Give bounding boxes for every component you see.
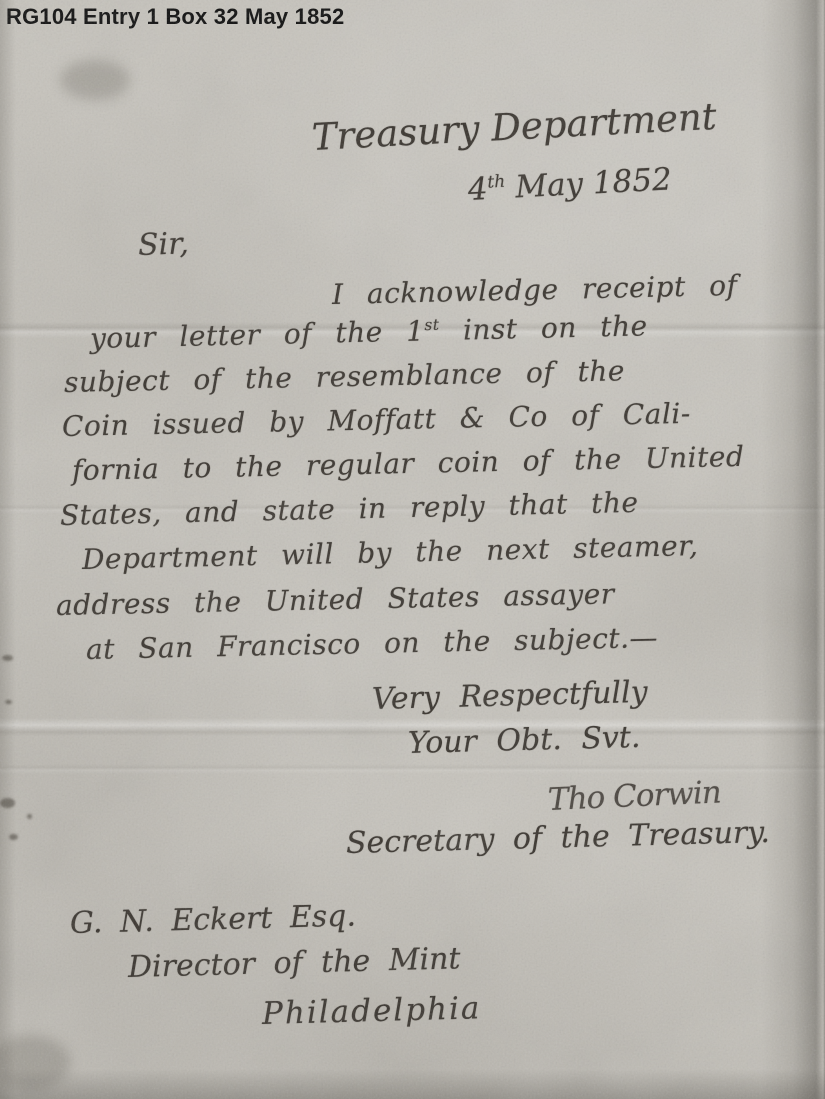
page-edge-shadow-bottom — [0, 1069, 825, 1099]
body-line: your letter of the 1st inst on the — [90, 309, 648, 355]
sign-off: Your Obt. Svt. — [408, 720, 641, 761]
stain — [5, 700, 12, 704]
body-line: Department will by the next steamer, — [82, 529, 699, 576]
stain — [60, 60, 130, 100]
body-text: I acknowledge receipt of — [332, 269, 738, 311]
body-text: subject of the resemblance of the — [64, 354, 626, 399]
stain — [0, 1035, 70, 1090]
body-line: at San Francisco on the subject.— — [86, 621, 659, 666]
valediction: Very Respectfully — [372, 675, 648, 717]
body-text: at San Francisco on the subject.— — [86, 621, 659, 666]
stain — [9, 834, 18, 840]
recipient-city: Philadelphia — [262, 990, 482, 1032]
date-month-year: May 1852 — [505, 161, 673, 206]
body-line: States, and state in reply that the — [60, 486, 639, 532]
body-sup: st — [424, 316, 439, 334]
letter-office-heading: Treasury Department — [311, 95, 718, 159]
page-edge-shadow-right — [761, 0, 825, 1099]
recipient-name: G. N. Eckert Esq. — [70, 899, 357, 941]
stain — [27, 814, 32, 819]
archival-label: RG104 Entry 1 Box 32 May 1852 — [6, 4, 344, 30]
body-line: I acknowledge receipt of — [332, 269, 738, 311]
stain — [0, 798, 15, 808]
signer-title: Secretary of the Treasury. — [346, 815, 771, 861]
stain — [2, 655, 13, 661]
body-text: Coin issued by Moffatt & Co of Cali- — [62, 397, 691, 443]
body-text: States, and state in reply that the — [60, 486, 639, 532]
body-line: Coin issued by Moffatt & Co of Cali- — [62, 397, 691, 443]
body-line: fornia to the regular coin of the United — [72, 440, 745, 487]
body-line: address the United States assayer — [56, 577, 615, 622]
body-line: subject of the resemblance of the — [64, 354, 626, 399]
recipient-title: Director of the Mint — [128, 941, 461, 985]
date-day: 4 — [467, 171, 489, 208]
fold-crease — [0, 764, 825, 774]
letter-date: 4th May 1852 — [467, 161, 673, 208]
body-text: Department will by the next steamer, — [82, 529, 699, 576]
body-text: your letter of the 1 — [90, 314, 425, 355]
date-ordinal: th — [487, 172, 506, 193]
signature: Tho Corwin — [547, 774, 721, 818]
salutation: Sir, — [137, 226, 189, 263]
page-edge-shadow-left — [0, 0, 16, 1099]
scanned-letter-page: RG104 Entry 1 Box 32 May 1852 Treasury D… — [0, 0, 825, 1099]
body-text: fornia to the regular coin of the United — [72, 440, 745, 487]
body-text: inst on the — [439, 309, 648, 347]
body-text: address the United States assayer — [56, 577, 615, 622]
